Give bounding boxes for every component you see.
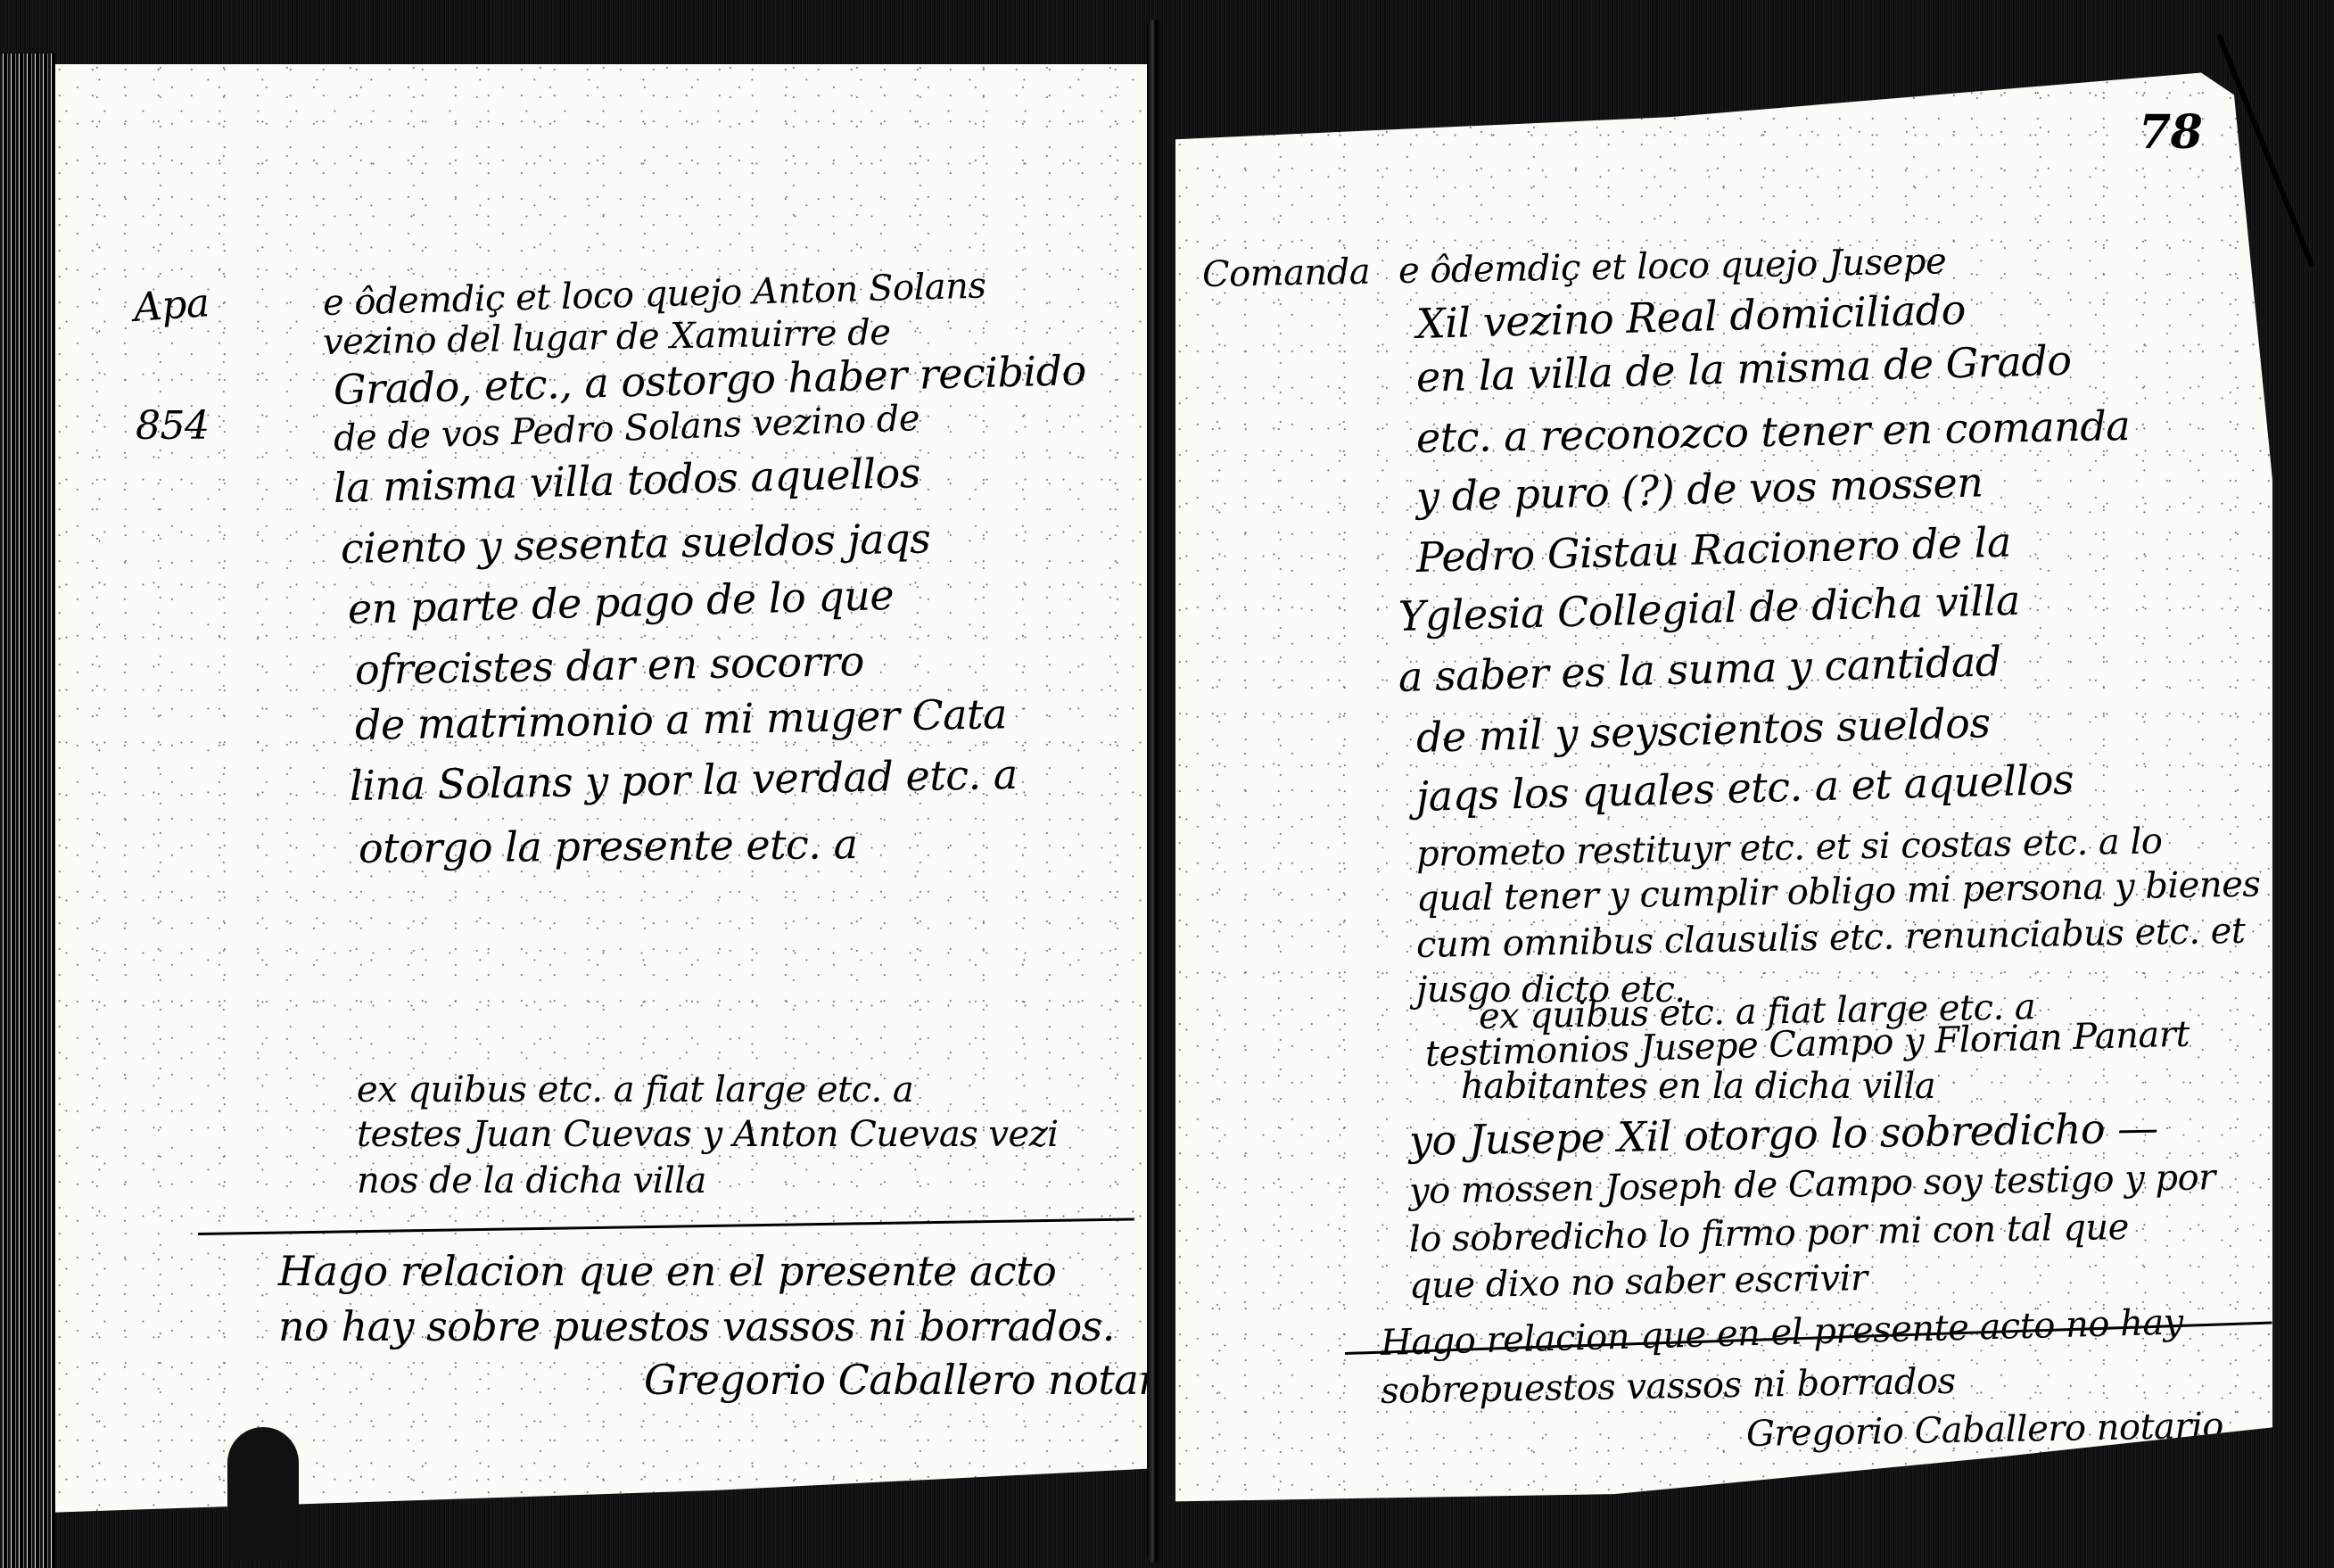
page-number: 78 bbox=[2139, 105, 2202, 160]
text-line: Hago relacion que en el presente acto bbox=[278, 1250, 1056, 1292]
book-edge bbox=[0, 54, 55, 1568]
text-line: la misma villa todos aquellos bbox=[333, 452, 920, 508]
text-line: testes Juan Cuevas y Anton Cuevas vezi bbox=[357, 1117, 1059, 1152]
text-line: yo Jusepe Xil otorgo lo sobredicho — bbox=[1409, 1107, 2158, 1161]
right-page: 78 Comanda e ôdemdiç et loco quejo Jusep… bbox=[1175, 36, 2272, 1516]
text-line: que dixo no saber escrivir bbox=[1409, 1260, 1868, 1304]
text-line: ciento y sesenta sueldos jaqs bbox=[341, 517, 931, 569]
text-line: Yglesia Collegial de dicha villa bbox=[1398, 580, 2020, 637]
page-tab bbox=[227, 1427, 299, 1561]
text-line: jaqs los quales etc. a et aquellos bbox=[1415, 759, 2074, 817]
margin-note-comanda: Comanda bbox=[1202, 254, 1371, 293]
text-line: prometo restituyr etc. et si costas etc.… bbox=[1416, 823, 2163, 872]
text-line: a saber es la suma y cantidad bbox=[1398, 640, 2001, 697]
left-page: Apa 854 e ôdemdiç et loco quejo Anton So… bbox=[55, 64, 1152, 1527]
separator-rule bbox=[198, 1218, 1134, 1235]
text-line: lo sobredicho lo firmo por mi con tal qu… bbox=[1409, 1209, 2129, 1258]
text-line: nos de la dicha villa bbox=[357, 1163, 706, 1199]
text-line: ex quibus etc. a fiat large etc. a bbox=[357, 1072, 913, 1108]
text-line: ofrecistes dar en socorro bbox=[355, 640, 865, 690]
text-line: e ôdemdiç et loco quejo Jusepe bbox=[1398, 243, 1947, 289]
text-line: habitantes en la dicha villa bbox=[1461, 1069, 1935, 1104]
text-line: Xil vezino Real domiciliado bbox=[1415, 289, 1966, 344]
text-line: etc. a reconozco tener en comanda bbox=[1416, 405, 2131, 458]
text-line: Pedro Gistau Racionero de la bbox=[1415, 522, 2011, 578]
text-line: yo mossen Joseph de Campo soy testigo y … bbox=[1409, 1159, 2215, 1209]
text-line: en parte de pago de lo que bbox=[347, 574, 894, 630]
text-line: en la villa de la misma de Grado bbox=[1415, 340, 2072, 398]
text-line: Hago relacion que en el presente acto no… bbox=[1380, 1304, 2183, 1361]
margin-note-number: 854 bbox=[136, 403, 209, 449]
text-line: no hay sobre puestos vassos ni borrados. bbox=[278, 1306, 1115, 1347]
text-line: de mil y seyscientos sueldos bbox=[1415, 702, 1991, 758]
book-spine bbox=[1147, 20, 1161, 1563]
text-line: qual tener y cumplir obligo mi persona y… bbox=[1416, 865, 2272, 917]
text-line: otorgo la presente etc. a bbox=[359, 823, 858, 869]
text-line: cum omnibus clausulis etc. renunciabus e… bbox=[1416, 913, 2246, 963]
margin-note-apoca: Apa bbox=[132, 280, 210, 331]
text-line: sobrepuestos vassos ni borrados bbox=[1381, 1364, 1956, 1409]
text-line: lina Solans y por la verdad etc. a bbox=[350, 754, 1018, 806]
text-line: y de puro (?) de vos mossen bbox=[1415, 461, 1983, 517]
notary-signature: Gregorio Caballero notario bbox=[644, 1359, 1152, 1400]
text-line: de matrimonio a mi muger Cata bbox=[355, 693, 1008, 746]
